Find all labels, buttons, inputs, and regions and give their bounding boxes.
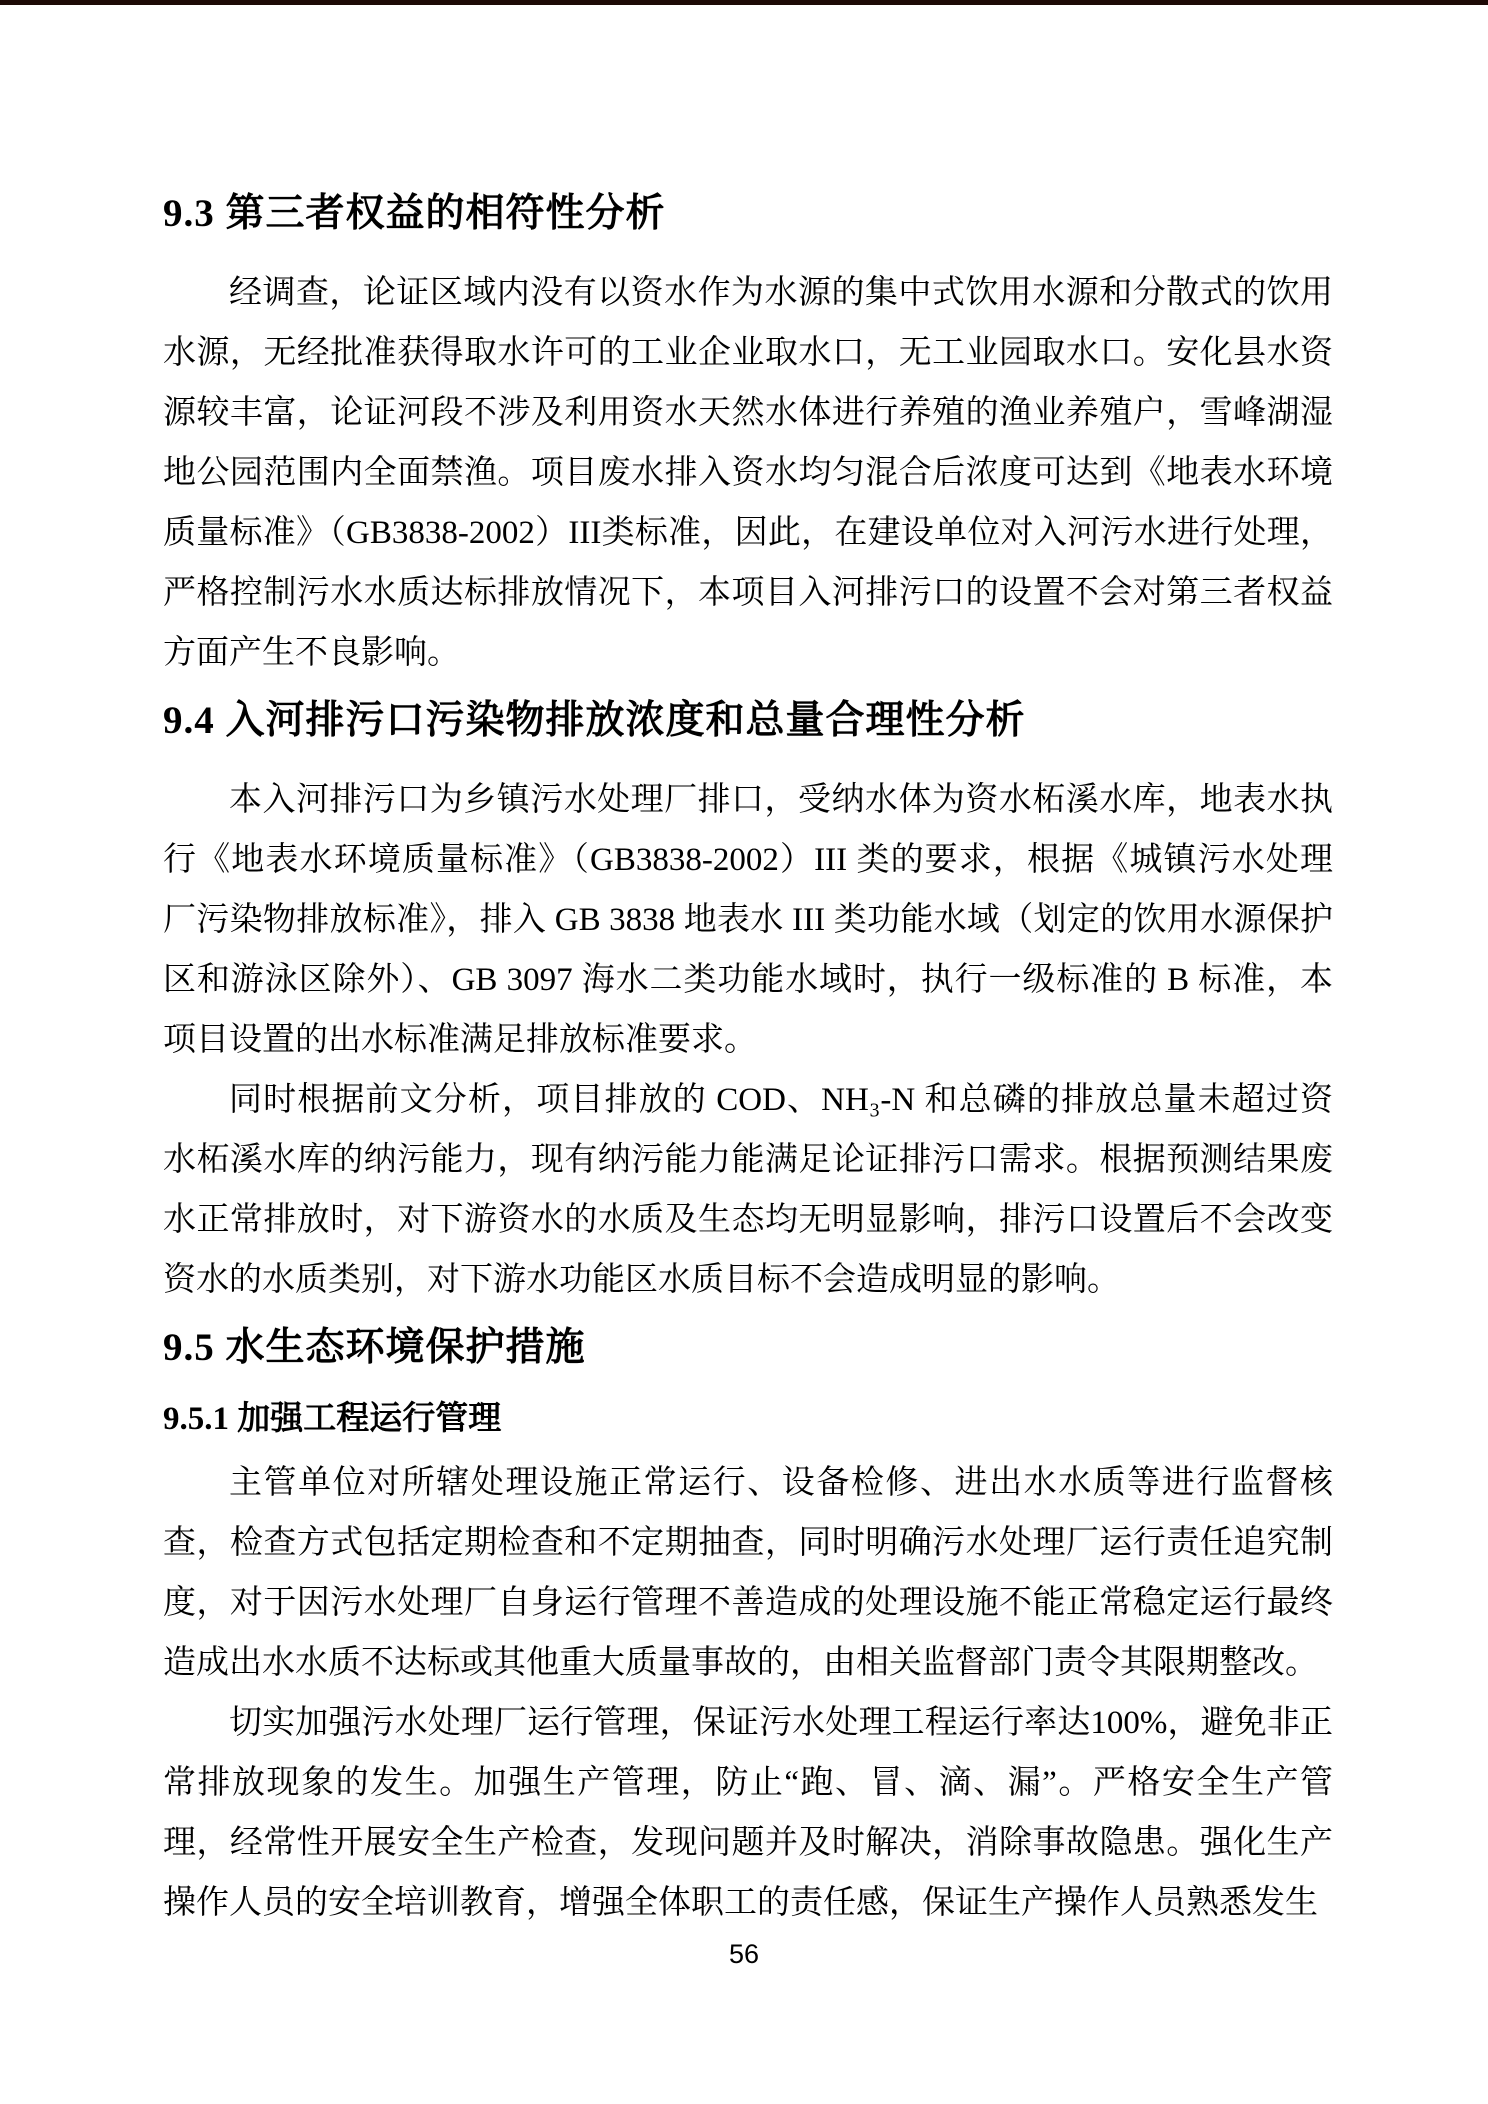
paragraph-9-3-1: 经调查，论证区域内没有以资水作为水源的集中式饮用水源和分散式的饮用水源，无经批准… (163, 263, 1333, 683)
paragraph-9-5-1-2: 切实加强污水处理厂运行管理，保证污水处理工程运行率达100%，避免非正常排放现象… (163, 1693, 1333, 1933)
paragraph-9-4-1: 本入河排污口为乡镇污水处理厂排口，受纳水体为资水柘溪水库，地表水执行《地表水环境… (163, 770, 1333, 1070)
page-content: 9.3 第三者权益的相符性分析 经调查，论证区域内没有以资水作为水源的集中式饮用… (163, 0, 1333, 1933)
page-number: 56 (0, 1938, 1488, 1970)
subsection-heading-9-5-1: 9.5.1 加强工程运行管理 (163, 1397, 1333, 1441)
section-heading-9-3: 9.3 第三者权益的相符性分析 (163, 190, 1333, 238)
section-heading-9-4: 9.4 入河排污口污染物排放浓度和总量合理性分析 (163, 697, 1333, 745)
paragraph-9-5-1-1: 主管单位对所辖处理设施正常运行、设备检修、进出水水质等进行监督核查，检查方式包括… (163, 1453, 1333, 1693)
section-heading-9-5: 9.5 水生态环境保护措施 (163, 1324, 1333, 1372)
document-page: 9.3 第三者权益的相符性分析 经调查，论证区域内没有以资水作为水源的集中式饮用… (0, 0, 1488, 2104)
paragraph-9-4-2: 同时根据前文分析，项目排放的 COD、NH₃-N 和总磷的排放总量未超过资水柘溪… (163, 1070, 1333, 1310)
